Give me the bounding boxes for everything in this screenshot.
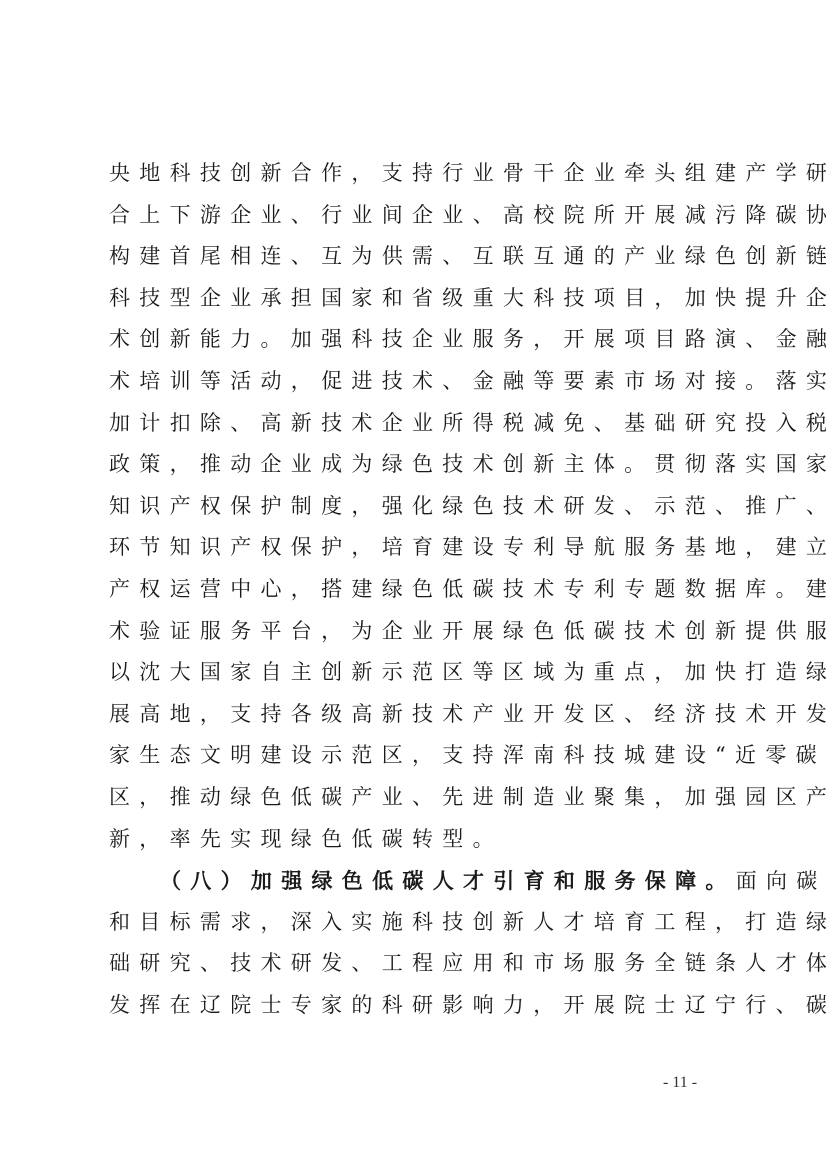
text-line: 构建首尾相连、互为供需、互联互通的产业绿色创新链条。支持 <box>109 236 729 278</box>
text-line: 加计扣除、高新技术企业所得税减免、基础研究投入税收优惠等 <box>109 403 729 445</box>
section-heading-line: （八）加强绿色低碳人才引育和服务保障。面向碳达峰碳中 <box>109 860 729 902</box>
text-line: 术验证服务平台，为企业开展绿色低碳技术创新提供服务和支撑。 <box>109 611 729 653</box>
page-number: - 11 - <box>640 1074 720 1092</box>
text-line: 新，率先实现绿色低碳转型。 <box>109 819 729 861</box>
text-line: 家生态文明建设示范区，支持浑南科技城建设“近零碳”示范园 <box>109 735 729 777</box>
text-line: 以沈大国家自主创新示范区等区域为重点，加快打造绿色低碳发 <box>109 652 729 694</box>
text-line: 术创新能力。加强科技企业服务，开展项目路演、金融对接、技 <box>109 319 729 361</box>
text-line: 环节知识产权保护，培育建设专利导航服务基地，建立产业知识 <box>109 527 729 569</box>
text-line: 产权运营中心，搭建绿色低碳技术专利专题数据库。建立低碳技 <box>109 569 729 611</box>
text-line: 区，推动绿色低碳产业、先进制造业聚集，加强园区产业协同创 <box>109 777 729 819</box>
text-line: 和目标需求，深入实施科技创新人才培育工程，打造绿色低碳基 <box>109 902 729 944</box>
text-line: 合上下游企业、行业间企业、高校院所开展减污降碳协同创新， <box>109 195 729 237</box>
text-line: 术培训等活动，促进技术、金融等要素市场对接。落实研发费用 <box>109 361 729 403</box>
text-line: 础研究、技术研发、工程应用和市场服务全链条人才体系。充分 <box>109 943 729 985</box>
text-line: 知识产权保护制度，强化绿色技术研发、示范、推广、产业化各 <box>109 486 729 528</box>
text-line: 发挥在辽院士专家的科研影响力，开展院士辽宁行、碳中和高峰 <box>109 985 729 1027</box>
text-line: 科技型企业承担国家和省级重大科技项目，加快提升企业绿色技 <box>109 278 729 320</box>
text-line: 展高地，支持各级高新技术产业开发区、经济技术开发区创建国 <box>109 694 729 736</box>
text-line: 政策，推动企业成为绿色技术创新主体。贯彻落实国家绿色技术 <box>109 444 729 486</box>
document-body: 央地科技创新合作，支持行业骨干企业牵头组建产学研联盟，联 合上下游企业、行业间企… <box>109 153 729 1026</box>
section-heading-rest: 面向碳达峰碳中 <box>736 869 826 893</box>
document-page: 央地科技创新合作，支持行业骨干企业牵头组建产学研联盟，联 合上下游企业、行业间企… <box>0 0 826 1169</box>
section-heading: （八）加强绿色低碳人才引育和服务保障。 <box>160 868 736 893</box>
text-line: 央地科技创新合作，支持行业骨干企业牵头组建产学研联盟，联 <box>109 153 729 195</box>
